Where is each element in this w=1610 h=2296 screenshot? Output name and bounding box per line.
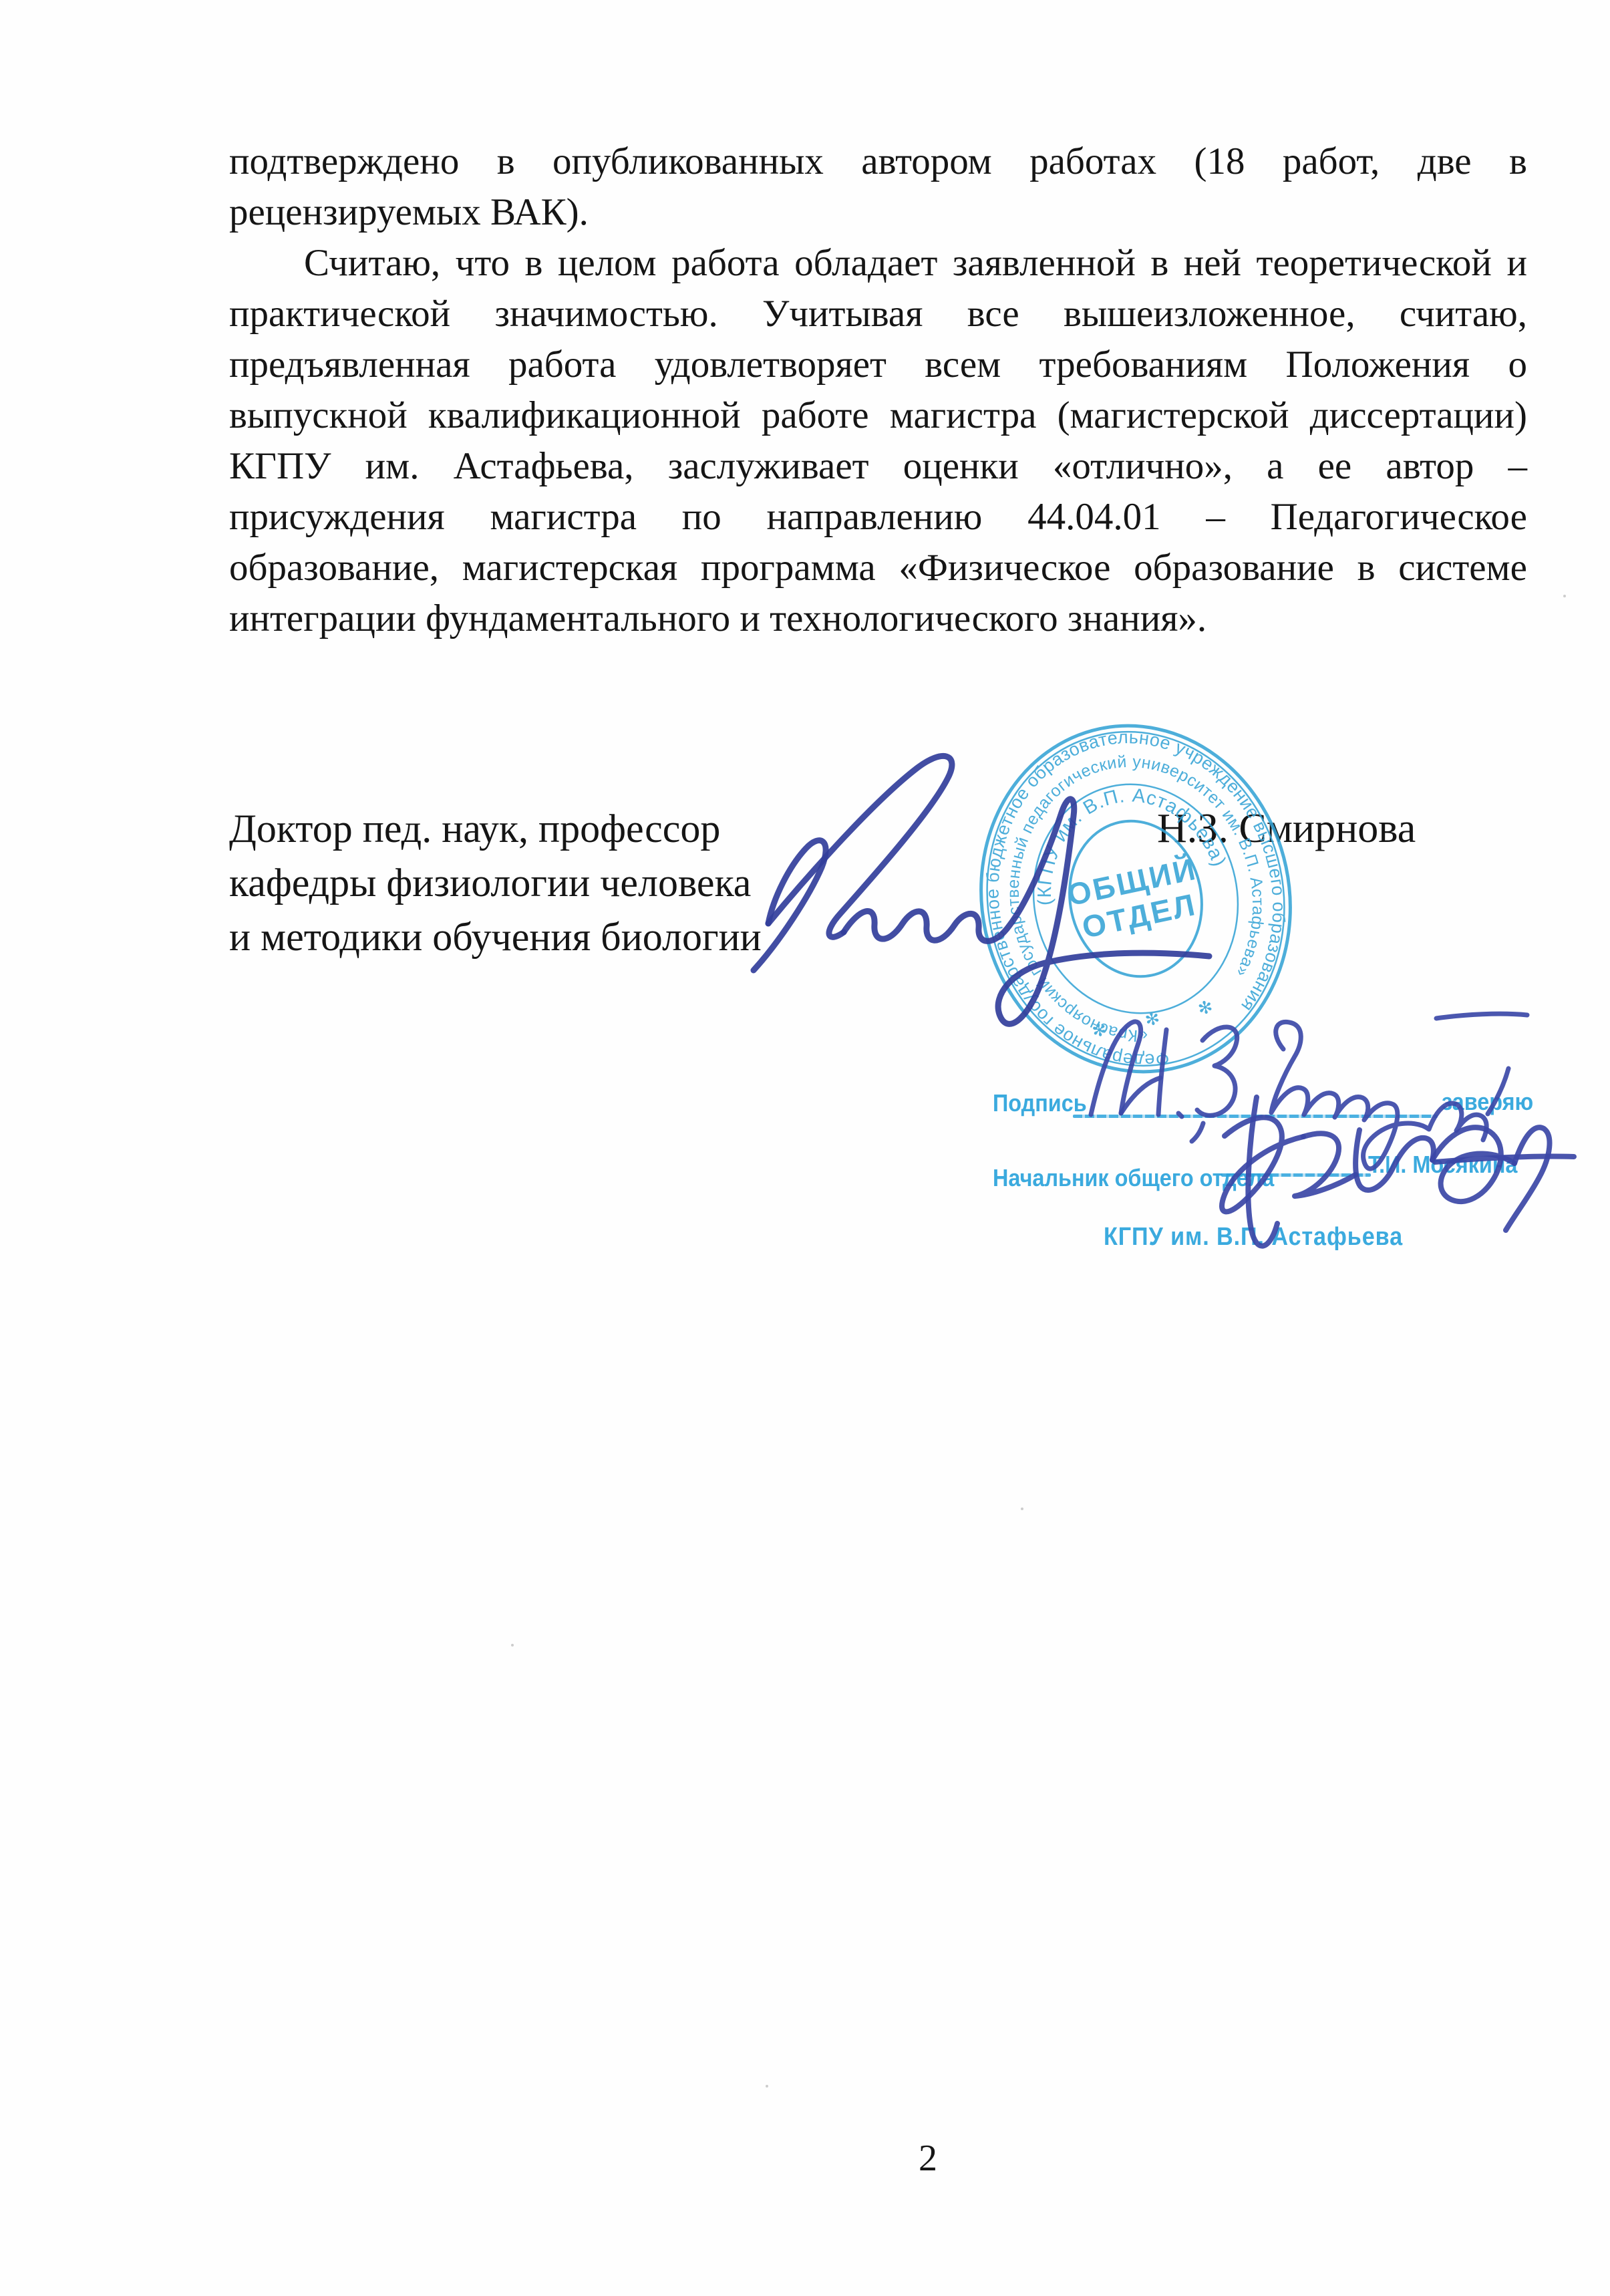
signatory-position: Доктор пед. наук, профессоркафедры физио…	[229, 802, 830, 964]
scanned-document-page: подтвержденовопубликованныхавторомработа…	[0, 0, 1610, 2296]
page-number: 2	[919, 2137, 937, 2180]
head-of-department-name: Т.И. Мосякина	[1368, 1151, 1517, 1179]
scan-speck	[766, 2085, 768, 2088]
text-line: предъявленнаяработаудовлетворяетвсемтреб…	[229, 339, 1527, 390]
text-line: присуждениямагистрапонаправлению44.04.01…	[229, 492, 1527, 543]
signature-label: Подпись	[993, 1089, 1087, 1117]
text-line: и методики обучения биологии	[229, 910, 830, 964]
text-line: кафедры физиологии человека	[229, 856, 830, 910]
scan-speck	[1563, 595, 1566, 597]
text-line: выпускнойквалификационнойработемагистра(…	[229, 390, 1527, 441]
signature-line	[1073, 1115, 1438, 1118]
certify-word: заверяю	[1442, 1088, 1533, 1116]
text-line: подтвержденовопубликованныхавторомработа…	[229, 136, 1527, 187]
scan-speck	[511, 1644, 514, 1646]
stamp-separator-asterisks: ✻ ✻ ✻	[1090, 993, 1231, 1042]
text-line: Считаю,чтовцеломработаобладаетзаявленной…	[229, 238, 1527, 289]
text-line: практическойзначимостью.Учитываявсевышеи…	[229, 289, 1527, 339]
text-line: КГПУим.Астафьева,заслуживаетоценки«отлич…	[229, 441, 1527, 492]
review-body-text: подтвержденовопубликованныхавторомработа…	[229, 136, 1527, 644]
head-of-department-label: Начальник общего отдела	[993, 1164, 1274, 1192]
university-stamp-text: КГПУ им. В.П. Астафьева	[1104, 1223, 1403, 1252]
text-line: рецензируемых ВАК).	[229, 187, 1527, 238]
official-round-stamp: Федеральное государственное бюджетное об…	[949, 692, 1323, 1106]
text-line: образование,магистерскаяпрограмма«Физиче…	[229, 543, 1527, 593]
scan-speck	[1021, 1508, 1023, 1510]
head-signature-line	[1221, 1173, 1371, 1177]
text-line: Доктор пед. наук, профессор	[229, 802, 830, 856]
text-line: интеграции фундаментального и технологич…	[229, 593, 1527, 644]
